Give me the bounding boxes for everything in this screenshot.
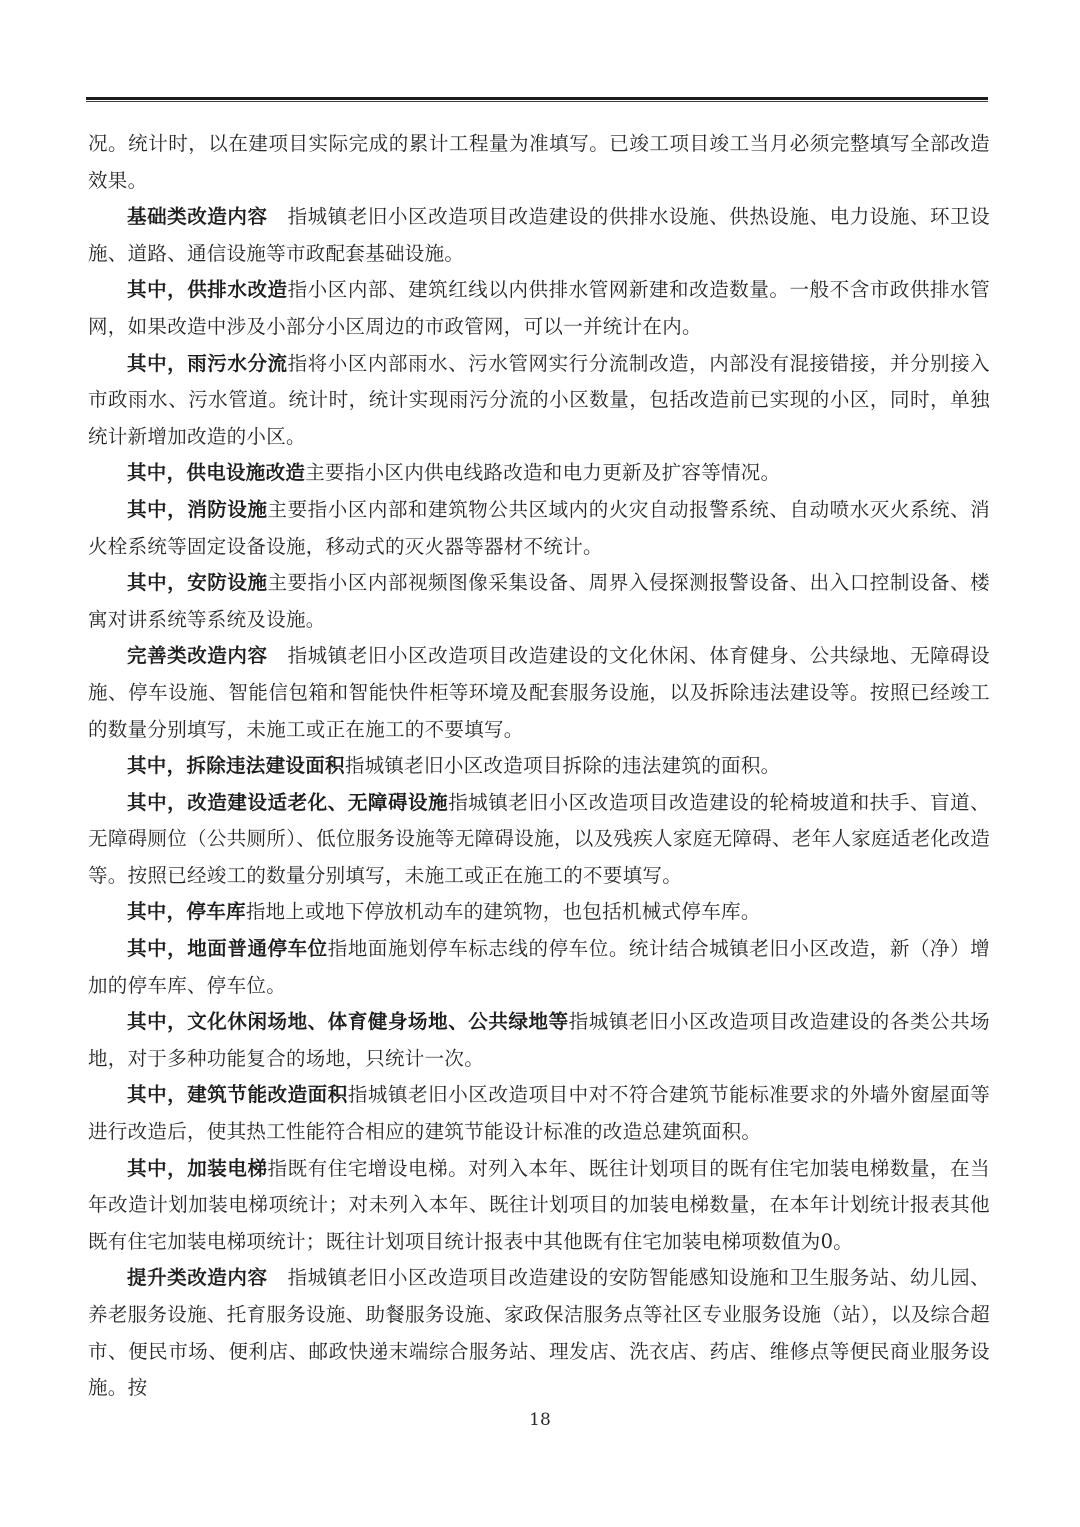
page-number: 18 — [0, 1410, 1080, 1430]
document-page: 况。统计时，以在建项目实际完成的累计工程量为准填写。已竣工项目竣工当月必须完整填… — [0, 0, 1080, 1527]
paragraph: 其中，加装电梯指既有住宅增设电梯。对列入本年、既往计划项目的既有住宅加装电梯数量… — [88, 1151, 990, 1261]
paragraph: 其中，供电设施改造主要指小区内供电线路改造和电力更新及扩容等情况。 — [88, 455, 990, 492]
term-label: 其中，改造建设适老化、无障碍设施 — [127, 791, 448, 814]
paragraph: 其中，建筑节能改造面积指城镇老旧小区改造项目中对不符合建筑节能标准要求的外墙外窗… — [88, 1077, 990, 1150]
term-label: 其中，停车库 — [127, 900, 246, 923]
paragraph: 其中，雨污水分流指将小区内部雨水、污水管网实行分流制改造，内部没有混接错接，并分… — [88, 346, 990, 456]
term-label: 其中，雨污水分流 — [127, 352, 288, 375]
term-label: 基础类改造内容 — [127, 205, 268, 228]
term-label: 其中，供电设施改造 — [127, 461, 305, 484]
term-label: 其中，建筑节能改造面积 — [127, 1083, 348, 1106]
paragraph: 提升类改造内容 指城镇老旧小区改造项目改造建设的安防智能感知设施和卫生服务站、幼… — [88, 1260, 990, 1406]
term-label: 其中，消防设施 — [127, 498, 268, 521]
term-label: 其中，安防设施 — [127, 571, 268, 594]
paragraph: 完善类改造内容 指城镇老旧小区改造项目改造建设的文化休闲、体育健身、公共绿地、无… — [88, 638, 990, 748]
paragraph: 其中，地面普通停车位指地面施划停车标志线的停车位。统计结合城镇老旧小区改造，新（… — [88, 931, 990, 1004]
document-body: 况。统计时，以在建项目实际完成的累计工程量为准填写。已竣工项目竣工当月必须完整填… — [88, 126, 990, 1407]
term-label: 其中，文化休闲场地、体育健身场地、公共绿地等 — [127, 1010, 569, 1033]
term-label: 其中，加装电梯 — [127, 1157, 268, 1180]
paragraph: 其中，供排水改造指小区内部、建筑红线以内供排水管网新建和改造数量。一般不含市政供… — [88, 272, 990, 345]
paragraph: 其中，拆除违法建设面积指城镇老旧小区改造项目拆除的违法建筑的面积。 — [88, 748, 990, 785]
term-label: 提升类改造内容 — [127, 1266, 268, 1289]
paragraph: 况。统计时，以在建项目实际完成的累计工程量为准填写。已竣工项目竣工当月必须完整填… — [88, 126, 990, 199]
paragraph: 其中，安防设施主要指小区内部视频图像采集设备、周界入侵探测报警设备、出入口控制设… — [88, 565, 990, 638]
paragraph: 其中，停车库指地上或地下停放机动车的建筑物，也包括机械式停车库。 — [88, 894, 990, 931]
paragraph: 基础类改造内容 指城镇老旧小区改造项目改造建设的供排水设施、供热设施、电力设施、… — [88, 199, 990, 272]
paragraph-text: 主要指小区内供电线路改造和电力更新及扩容等情况。 — [305, 461, 780, 484]
term-label: 其中，地面普通停车位 — [127, 937, 328, 960]
paragraph-text: 指地上或地下停放机动车的建筑物，也包括机械式停车库。 — [246, 900, 761, 923]
term-label: 完善类改造内容 — [127, 644, 268, 667]
term-label: 其中，供排水改造 — [127, 278, 288, 301]
header-rule — [86, 97, 988, 102]
paragraph: 其中，消防设施主要指小区内部和建筑物公共区域内的火灾自动报警系统、自动喷水灭火系… — [88, 492, 990, 565]
paragraph: 其中，文化休闲场地、体育健身场地、公共绿地等指城镇老旧小区改造项目改造建设的各类… — [88, 1004, 990, 1077]
paragraph-text: 况。统计时，以在建项目实际完成的累计工程量为准填写。已竣工项目竣工当月必须完整填… — [88, 132, 990, 192]
term-label: 其中，拆除违法建设面积 — [127, 754, 345, 777]
paragraph: 其中，改造建设适老化、无障碍设施指城镇老旧小区改造项目改造建设的轮椅坡道和扶手、… — [88, 785, 990, 895]
paragraph-text: 指城镇老旧小区改造项目拆除的违法建筑的面积。 — [345, 754, 781, 777]
